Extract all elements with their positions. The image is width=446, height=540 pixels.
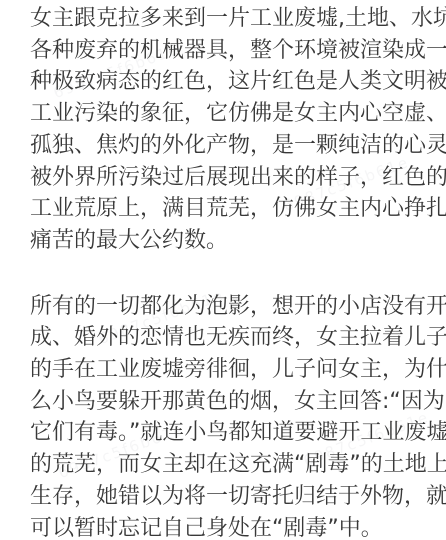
text-line: 的手在工业废墟旁徘徊，儿子问女主，为什 xyxy=(30,354,432,386)
text-line: 么小鸟要躲开那黄色的烟，女主回答:“因为 xyxy=(30,386,432,418)
text-line: 孤独、焦灼的外化产物，是一颗纯洁的心灵， xyxy=(30,130,432,162)
text-line: 所有的一切都化为泡影，想开的小店没有开 xyxy=(30,291,432,323)
text-line: 的荒芜，而女主却在这充满“剧毒”的土地上 xyxy=(30,449,432,481)
text-line: 被外界所污染过后展现出来的样子，红色的 xyxy=(30,162,432,194)
text-line: 工业荒原上，满目荒芜，仿佛女主内心挣扎、 xyxy=(30,193,432,225)
paragraph-2: 所有的一切都化为泡影，想开的小店没有开成、婚外的恋情也无疾而终，女主拉着儿子的手… xyxy=(30,291,432,540)
text-line: 痛苦的最大公约数。 xyxy=(30,225,432,257)
article-screenshot: 6987c5f6b61e 6987c5f6b61e 6987c5f6b61e 6… xyxy=(0,0,446,540)
text-line: 女主跟克拉多来到一片工业废墟,土地、水坑、 xyxy=(30,3,432,35)
paragraph-1: 女主跟克拉多来到一片工业废墟,土地、水坑、各种废弃的机械器具，整个环境被渲染成一… xyxy=(30,3,432,257)
text-line: 生存，她错以为将一切寄托归结于外物，就 xyxy=(30,481,432,513)
text-line: 各种废弃的机械器具，整个环境被渲染成一 xyxy=(30,35,432,67)
text-line: 它们有毒。”就连小鸟都知道要避开工业废墟 xyxy=(30,417,432,449)
text-line: 可以暂时忘记自己身处在“剧毒”中。 xyxy=(30,513,432,540)
text-line: 种极致病态的红色，这片红色是人类文明被 xyxy=(30,66,432,98)
text-line: 成、婚外的恋情也无疾而终，女主拉着儿子 xyxy=(30,322,432,354)
article-text: 女主跟克拉多来到一片工业废墟,土地、水坑、各种废弃的机械器具，整个环境被渲染成一… xyxy=(0,0,446,540)
text-line: 工业污染的象征，它仿佛是女主内心空虚、 xyxy=(30,98,432,130)
